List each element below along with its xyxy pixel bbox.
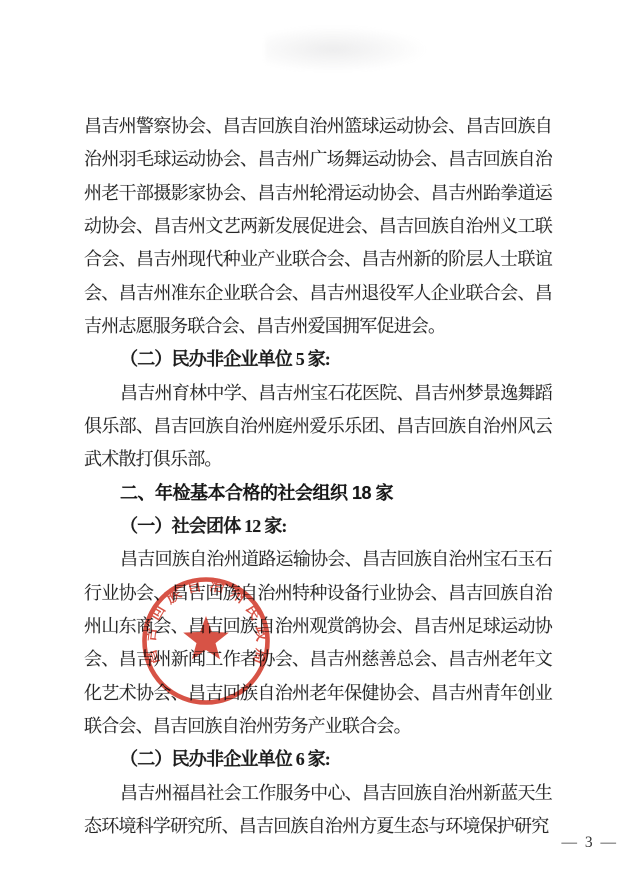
star-icon <box>183 616 229 659</box>
document-body: 昌吉州警察协会、昌吉回族自治州篮球运动协会、昌吉回族自治州羽毛球运动协会、昌吉州… <box>84 110 552 843</box>
section-heading: （一）社会团体 12 家: <box>84 510 552 543</box>
scan-smudge <box>265 24 435 70</box>
page-number: — 3 — <box>0 834 618 852</box>
official-seal-graphic: 昌吉回族自治州民政局 <box>131 566 281 716</box>
official-seal: 昌吉回族自治州民政局 <box>131 566 281 716</box>
body-paragraph: 昌吉州警察协会、昌吉回族自治州篮球运动协会、昌吉回族自治州羽毛球运动协会、昌吉州… <box>84 110 552 343</box>
section-heading: 二、年检基本合格的社会组织 18 家 <box>84 477 552 510</box>
section-heading: （二）民办非企业单位 5 家: <box>84 343 552 376</box>
document-page: 昌吉州警察协会、昌吉回族自治州篮球运动协会、昌吉回族自治州羽毛球运动协会、昌吉州… <box>0 0 634 894</box>
section-heading: （二）民办非企业单位 6 家: <box>84 743 552 776</box>
body-paragraph: 昌吉州育林中学、昌吉州宝石花医院、昌吉州梦景逸舞蹈俱乐部、昌吉回族自治州庭州爱乐… <box>84 377 552 477</box>
